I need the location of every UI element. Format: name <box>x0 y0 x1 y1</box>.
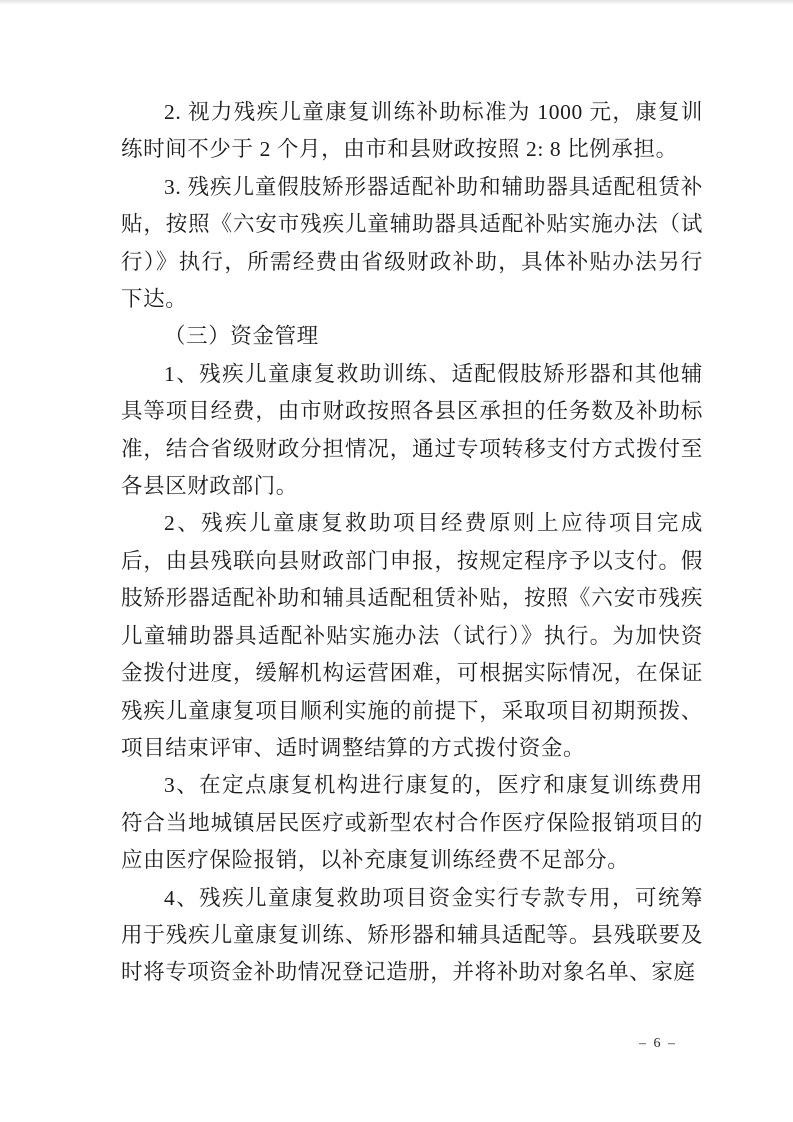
page-number: – 6 – <box>625 1036 691 1052</box>
paragraph: 2、残疾儿童康复救助项目经费原则上应待项目完成后，由县残联向县财政部门申报，按规… <box>121 505 703 767</box>
document-page: 2. 视力残疾儿童康复训练补助标准为 1000 元，康复训练时间不少于 2 个月… <box>0 0 793 1122</box>
paragraph: 4、残疾儿童康复救助项目资金实行专款专用，可统筹用于残疾儿童康复训练、矫形器和辅… <box>121 880 703 992</box>
paragraph: 3、在定点康复机构进行康复的，医疗和康复训练费用符合当地城镇居民医疗或新型农村合… <box>121 767 703 879</box>
section-heading: （三）资金管理 <box>121 318 703 355</box>
paragraph: 2. 视力残疾儿童康复训练补助标准为 1000 元，康复训练时间不少于 2 个月… <box>121 94 703 169</box>
document-body: 2. 视力残疾儿童康复训练补助标准为 1000 元，康复训练时间不少于 2 个月… <box>121 94 703 992</box>
paragraph: 1、残疾儿童康复救助训练、适配假肢矫形器和其他辅具等项目经费，由市财政按照各县区… <box>121 356 703 506</box>
paragraph: 3. 残疾儿童假肢矫形器适配补助和辅助器具适配租赁补贴，按照《六安市残疾儿童辅助… <box>121 169 703 319</box>
